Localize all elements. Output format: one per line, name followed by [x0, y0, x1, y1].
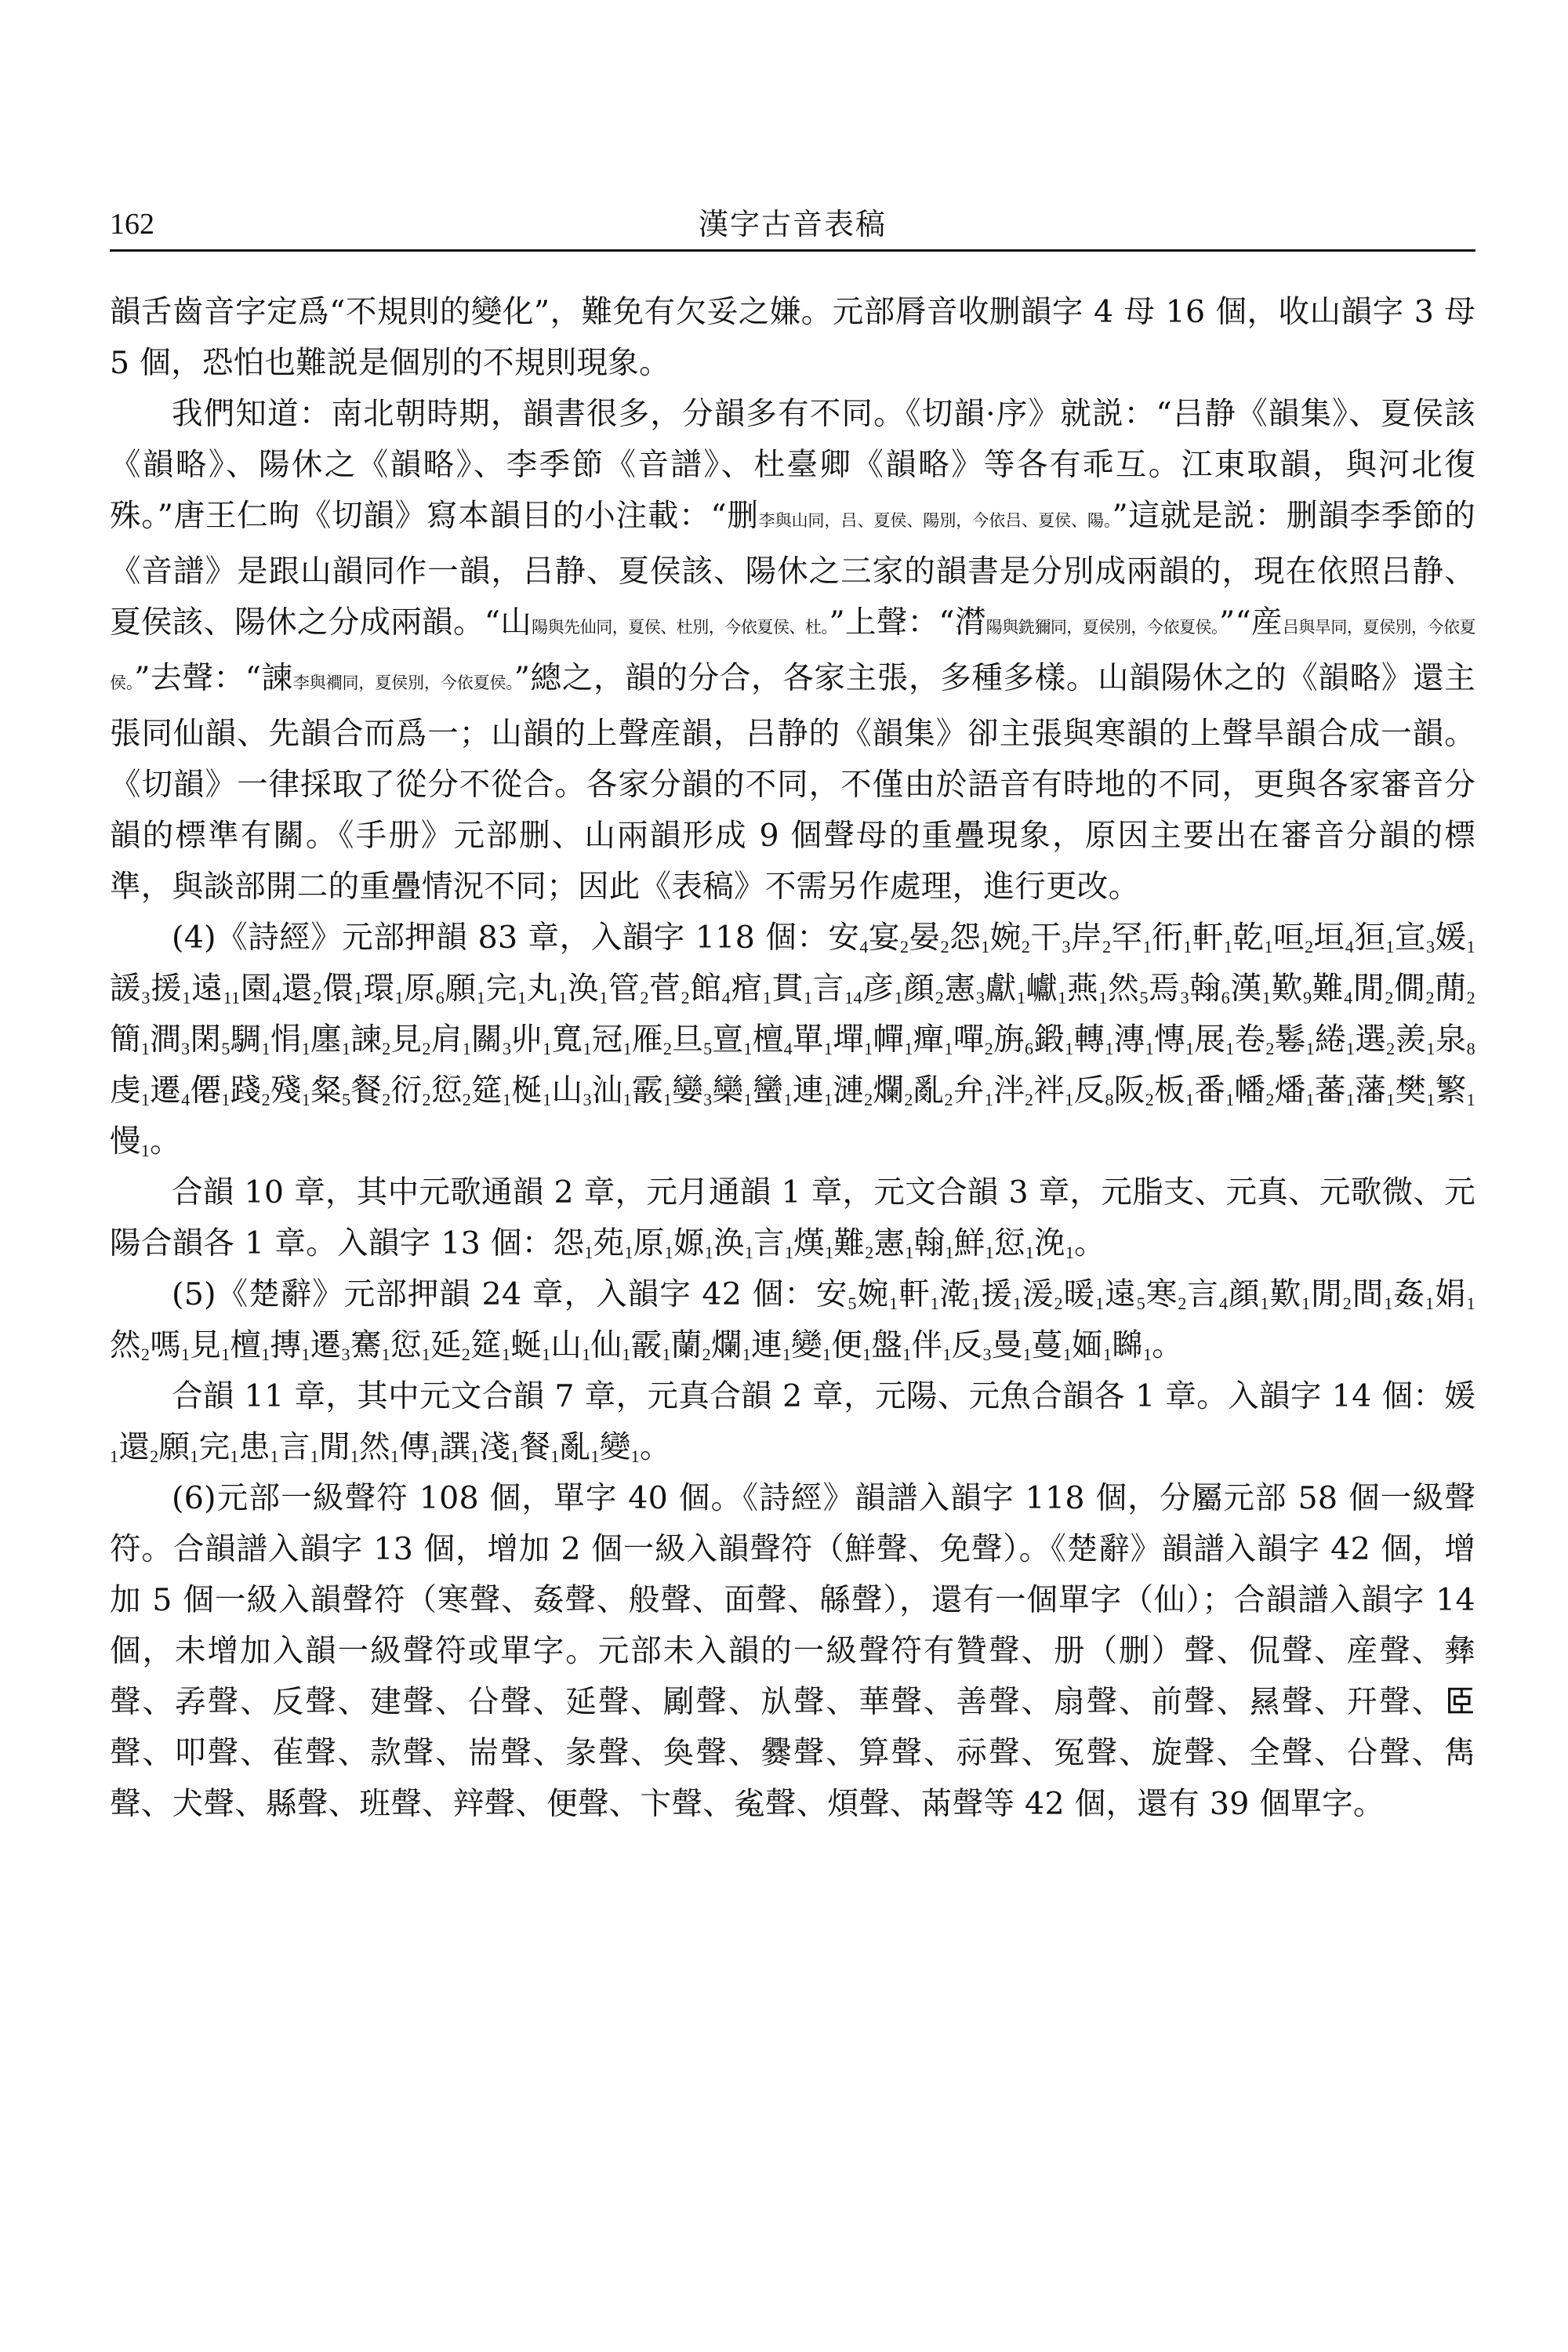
occurrence-count: 4 — [859, 937, 868, 956]
occurrence-count: 2 — [1265, 1090, 1274, 1109]
occurrence-count: 1 — [182, 988, 191, 1007]
occurrence-count: 1 — [1105, 1039, 1113, 1058]
inline-annotation: 陽與銑獮同，夏侯別，今依夏侯。 — [986, 618, 1219, 637]
paragraph: 韻舌齒音字定爲“不規則的變化”，難免有欠妥之嫌。元部脣音收删韻字 4 母 16 … — [110, 287, 1475, 389]
occurrence-count: 1 — [230, 1446, 238, 1466]
text-run: 嫄 — [673, 1225, 705, 1261]
text-run: 漢 — [1230, 971, 1262, 1007]
text-run: 變 — [791, 1327, 822, 1363]
text-run: 姦 — [1393, 1276, 1425, 1312]
text-run: 。 — [640, 1429, 671, 1465]
text-run: 怨 — [949, 920, 981, 956]
occurrence-count: 1 — [824, 1090, 833, 1109]
text-run: 憲 — [944, 971, 976, 1007]
text-run: 騆 — [230, 1022, 262, 1058]
text-run: 檀 — [230, 1327, 261, 1363]
occurrence-count: 3 — [976, 988, 985, 1007]
occurrence-count: 2 — [1343, 1294, 1352, 1313]
text-run: 宴 — [869, 920, 900, 956]
occurrence-count: 2 — [864, 1090, 873, 1109]
occurrence-count: 1 — [902, 1345, 911, 1364]
occurrence-count: 2 — [1145, 1090, 1154, 1109]
text-run: 幡 — [1235, 1073, 1266, 1109]
occurrence-count: 3 — [503, 1039, 511, 1058]
text-run: 漣 — [833, 1073, 864, 1109]
occurrence-count: 1 — [622, 1345, 630, 1364]
text-run: 綣 — [1315, 1022, 1346, 1058]
text-run: 梴 — [511, 1073, 543, 1109]
occurrence-count: 1 — [1225, 1039, 1234, 1058]
occurrence-count: 1 — [261, 1345, 270, 1364]
occurrence-count: 1 — [543, 1090, 551, 1109]
text-run: 轉 — [1074, 1022, 1105, 1058]
text-run: 踐 — [230, 1073, 262, 1109]
text-run: 咺 — [1273, 920, 1305, 956]
text-run: 宣 — [1395, 920, 1426, 956]
occurrence-count: 1 — [550, 1446, 559, 1466]
occurrence-count: 1 — [190, 1446, 198, 1466]
text-run: 譔 — [439, 1429, 470, 1465]
text-run: 憲 — [874, 1225, 906, 1261]
occurrence-count: 1 — [390, 1446, 399, 1466]
paragraph: 合韻 10 章，其中元歌通韻 2 章，元月通韻 1 章，元文合韻 3 章，元脂支… — [110, 1167, 1475, 1269]
occurrence-count: 1 — [1013, 1294, 1022, 1313]
occurrence-count: 1 — [1023, 1345, 1032, 1364]
text-run: 餐 — [350, 1073, 382, 1109]
occurrence-count: 4 — [784, 1039, 793, 1058]
text-run: 管 — [608, 971, 641, 1007]
occurrence-count: 3 — [141, 988, 150, 1007]
text-run: 矊 — [1112, 1327, 1143, 1363]
occurrence-count: 2 — [1025, 1090, 1033, 1109]
occurrence-count: 5 — [221, 1039, 230, 1058]
text-run: 浼 — [1034, 1225, 1065, 1261]
occurrence-count: 3 — [703, 1090, 712, 1109]
occurrence-count: 1 — [743, 1090, 752, 1109]
text-run: 湲 — [1022, 1276, 1054, 1312]
occurrence-count: 1 — [663, 1090, 672, 1109]
occurrence-count: 1 — [822, 1345, 831, 1364]
occurrence-count: 1 — [1095, 1294, 1104, 1313]
occurrence-count: 1 — [1467, 937, 1475, 956]
text-run: 寬 — [552, 1022, 583, 1058]
text-run: 願 — [445, 971, 477, 1007]
text-run: 亂 — [913, 1073, 945, 1109]
text-run: 垣 — [1313, 920, 1345, 956]
occurrence-count: 1 — [889, 1294, 898, 1313]
occurrence-count: 1 — [1384, 1294, 1392, 1313]
text-run: 漙 — [1114, 1022, 1145, 1058]
text-run: 顔 — [1228, 1276, 1260, 1312]
text-run: 選 — [1355, 1022, 1386, 1058]
occurrence-count: 2 — [1102, 937, 1111, 956]
occurrence-count: 3 — [1426, 937, 1435, 956]
occurrence-count: 1 — [430, 1446, 439, 1466]
text-run: 變 — [600, 1429, 631, 1465]
text-run: 菅 — [649, 971, 681, 1007]
occurrence-count: 2 — [150, 1446, 158, 1466]
occurrence-count: 5 — [703, 1039, 712, 1058]
text-run: (6)元部一級聲符 108 個，單字 40 個。《詩經》韻譜入韻字 118 個，… — [110, 1480, 1475, 1822]
occurrence-count: 6 — [1221, 988, 1230, 1007]
text-run: 韻舌齒音字定爲“不規則的變化”，難免有欠妥之嫌。元部脣音收删韻字 4 母 16 … — [110, 294, 1475, 381]
occurrence-count: 1 — [1261, 1294, 1269, 1313]
text-run: 。 — [1152, 1327, 1183, 1363]
occurrence-count: 3 — [1181, 988, 1189, 1007]
text-run: 愆 — [994, 1225, 1025, 1261]
text-run: 慢 — [110, 1123, 141, 1160]
occurrence-count: 1 — [503, 1090, 511, 1109]
text-run: 痯 — [731, 971, 763, 1007]
text-run: 盤 — [871, 1327, 902, 1363]
occurrence-count: 1 — [825, 1243, 833, 1262]
occurrence-count: 1 — [221, 1090, 230, 1109]
occurrence-count: 1 — [599, 988, 608, 1007]
text-run: 言 — [279, 1429, 310, 1465]
occurrence-count: 1 — [985, 1243, 994, 1262]
text-run: 簡 — [110, 1022, 141, 1058]
text-run: 延 — [430, 1327, 462, 1363]
occurrence-count: 1 — [763, 988, 771, 1007]
occurrence-count: 1 — [985, 1090, 993, 1109]
text-run: 淺 — [479, 1429, 510, 1465]
occurrence-count: 1 — [221, 1345, 230, 1364]
occurrence-count: 1 — [1265, 937, 1273, 956]
text-run: (4)《詩經》元部押韻 83 章，入韻字 118 個：安 — [172, 920, 859, 956]
text-run: 閒 — [1310, 1276, 1342, 1312]
occurrence-count: 1 — [422, 1345, 430, 1364]
text-run: 乾 — [1232, 920, 1264, 956]
occurrence-count: 1 — [971, 1294, 980, 1313]
text-run: ”總之，韻的分合，各家主張，多種多樣。山韻陽休之的《韻略》還主張同仙韻、先韻合而… — [110, 660, 1475, 905]
text-run: 嗎 — [150, 1327, 181, 1363]
occurrence-count: 1 — [1185, 1090, 1194, 1109]
occurrence-count: 1 — [110, 1446, 118, 1466]
occurrence-count: 1 — [743, 1039, 752, 1058]
text-run: 間 — [1352, 1276, 1384, 1312]
occurrence-count: 2 — [1467, 988, 1475, 1007]
text-run: 反 — [1074, 1073, 1105, 1109]
occurrence-count: 6 — [1025, 1039, 1033, 1058]
occurrence-count: 2 — [681, 988, 690, 1007]
text-run: 曼 — [992, 1327, 1023, 1363]
text-run: 合韻 11 章，其中元文合韻 7 章，元真合韻 2 章，元陽、元魚合韻各 1 章… — [172, 1378, 1475, 1414]
text-run: 獻 — [985, 971, 1017, 1007]
text-run: 肩 — [431, 1022, 463, 1058]
occurrence-count: 1 — [623, 1039, 632, 1058]
occurrence-count: 6 — [436, 988, 445, 1007]
text-run: 原 — [404, 971, 436, 1007]
text-run: 狟 — [1354, 920, 1385, 956]
text-run: 羨 — [1395, 1022, 1426, 1058]
occurrence-count: 1 — [584, 1243, 593, 1262]
text-run: 連 — [793, 1073, 824, 1109]
occurrence-count: 1 — [1063, 1345, 1072, 1364]
occurrence-count: 4 — [1219, 1294, 1228, 1313]
occurrence-count: 1 — [745, 1243, 753, 1262]
text-run: 。 — [150, 1123, 181, 1160]
occurrence-count: 1 — [181, 1345, 190, 1364]
text-run: 。 — [1074, 1225, 1105, 1261]
occurrence-count: 1 — [342, 1039, 350, 1058]
occurrence-count: 1 — [1426, 1039, 1435, 1058]
occurrence-count: 1 — [1098, 988, 1107, 1007]
occurrence-count: 1 — [782, 1345, 791, 1364]
occurrence-count: 1 — [904, 1039, 913, 1058]
running-title: 漢字古音表稿 — [110, 205, 1475, 243]
occurrence-count: 1 — [1065, 1090, 1073, 1109]
text-run: 爛 — [711, 1327, 742, 1363]
paragraph: (6)元部一級聲符 108 個，單字 40 個。《詩經》韻譜入韻字 118 個，… — [110, 1473, 1475, 1830]
text-run: 廛 — [310, 1022, 342, 1058]
occurrence-count: 1 — [141, 1039, 150, 1058]
occurrence-count: 8 — [1105, 1090, 1113, 1109]
text-run: 難 — [833, 1225, 865, 1261]
occurrence-count: 2 — [904, 1090, 913, 1109]
occurrence-count: 14 — [844, 988, 862, 1007]
occurrence-count: 1 — [262, 1039, 270, 1058]
paragraph: (5)《楚辭》元部押韻 24 章，入韻字 42 個：安5婉1軒1漧1援1湲2暖1… — [110, 1269, 1475, 1371]
occurrence-count: 1 — [477, 988, 485, 1007]
occurrence-count: 2 — [900, 937, 909, 956]
text-run: 涣 — [713, 1225, 745, 1261]
occurrence-count: 1 — [301, 1345, 310, 1364]
occurrence-count: 1 — [470, 1446, 479, 1466]
text-run: 孌 — [672, 1073, 703, 1109]
text-run: 幝 — [873, 1022, 904, 1058]
text-run: 原 — [633, 1225, 665, 1261]
text-run: 還 — [281, 971, 314, 1007]
occurrence-count: 2 — [702, 1345, 711, 1364]
text-run: 仙 — [591, 1327, 622, 1363]
text-run: 旦 — [672, 1022, 703, 1058]
occurrence-count: 1 — [1386, 1090, 1395, 1109]
occurrence-count: 1 — [665, 1243, 673, 1262]
occurrence-count: 2 — [462, 1345, 470, 1364]
occurrence-count: 1 — [942, 1345, 951, 1364]
text-run: 還 — [118, 1429, 150, 1465]
text-run: 衍 — [391, 1073, 423, 1109]
text-run: 閒 — [319, 1429, 350, 1465]
occurrence-count: 1 — [864, 1039, 873, 1058]
occurrence-count: 1 — [1425, 1294, 1434, 1313]
text-run: 彦 — [862, 971, 895, 1007]
text-run: 見 — [391, 1022, 423, 1058]
occurrence-count: 1 — [310, 1446, 319, 1466]
occurrence-count: 2 — [262, 1090, 270, 1109]
text-run: 苑 — [593, 1225, 625, 1261]
occurrence-count: 11 — [223, 988, 241, 1007]
occurrence-count: 1 — [1262, 988, 1271, 1007]
text-run: 丸 — [526, 971, 558, 1007]
text-run: 燕 — [1067, 971, 1099, 1007]
occurrence-count: 1 — [543, 1039, 551, 1058]
occurrence-count: 1 — [1346, 1090, 1355, 1109]
text-run: 閑 — [190, 1022, 221, 1058]
text-run: 諼 — [110, 971, 141, 1007]
text-run: 歎 — [1271, 971, 1303, 1007]
occurrence-count: 3 — [341, 1345, 350, 1364]
text-run: 筵 — [470, 1327, 502, 1363]
occurrence-count: 1 — [1306, 1039, 1315, 1058]
text-run: 粲 — [310, 1073, 342, 1109]
text-run: 亂 — [560, 1429, 591, 1465]
text-run: 言 — [1187, 1276, 1219, 1312]
occurrence-count: 1 — [1185, 1039, 1194, 1058]
text-run: 言 — [812, 971, 844, 1007]
text-run: 冠 — [592, 1022, 623, 1058]
occurrence-count: 5 — [342, 1090, 350, 1109]
text-run: 歎 — [1269, 1276, 1301, 1312]
header-divider — [110, 249, 1475, 252]
text-run: 遷 — [150, 1073, 181, 1109]
text-run: 餐 — [520, 1429, 551, 1465]
text-run: 丱 — [511, 1022, 543, 1058]
occurrence-count: 1 — [502, 1345, 510, 1364]
occurrence-count: 1 — [1103, 1345, 1112, 1364]
occurrence-count: 1 — [1017, 988, 1025, 1007]
occurrence-count: 1 — [981, 937, 989, 956]
occurrence-count: 1 — [302, 1039, 310, 1058]
text-run: 蕃 — [1315, 1073, 1346, 1109]
text-run: 便 — [831, 1327, 862, 1363]
occurrence-count: 2 — [382, 1039, 390, 1058]
text-run: 遠 — [191, 971, 223, 1007]
occurrence-count: 4 — [181, 1090, 190, 1109]
text-run: 環 — [363, 971, 395, 1007]
text-run: 欒 — [712, 1073, 743, 1109]
occurrence-count: 2 — [141, 1345, 150, 1364]
occurrence-count: 1 — [517, 988, 526, 1007]
occurrence-count: 2 — [1178, 1294, 1186, 1313]
text-run: 漧 — [939, 1276, 971, 1312]
text-run: 袢 — [1033, 1073, 1065, 1109]
text-run: 援 — [981, 1276, 1013, 1312]
occurrence-count: 1 — [1301, 1294, 1310, 1313]
text-run: 伴 — [912, 1327, 943, 1363]
text-run: 爛 — [873, 1073, 904, 1109]
occurrence-count: 1 — [624, 1243, 633, 1262]
text-run: 僊 — [190, 1073, 221, 1109]
text-run: 罕 — [1111, 920, 1142, 956]
text-run: 嘽 — [953, 1022, 985, 1058]
text-run: 遷 — [310, 1327, 342, 1363]
text-run: 泮 — [993, 1073, 1025, 1109]
occurrence-count: 1 — [1143, 937, 1152, 956]
paragraph: (4)《詩經》元部押韻 83 章，入韻字 118 個：安4宴2晏2怨1婉2干3岸… — [110, 913, 1475, 1167]
occurrence-count: 1 — [463, 1039, 471, 1058]
text-run: 慱 — [1154, 1022, 1185, 1058]
text-run: 摶 — [270, 1327, 302, 1363]
text-run: 傳 — [399, 1429, 430, 1465]
text-run: 軒 — [898, 1276, 930, 1312]
text-run: 弁 — [953, 1073, 985, 1109]
occurrence-count: 1 — [862, 1345, 871, 1364]
inline-annotation: 陽與先仙同，夏侯、杜別，今依夏侯、杜。 — [532, 618, 829, 637]
text-run: 霰 — [632, 1073, 663, 1109]
text-run: 騫 — [350, 1327, 382, 1363]
text-run: 墠 — [833, 1022, 864, 1058]
occurrence-count: 2 — [1305, 937, 1313, 956]
text-run: 燔 — [1275, 1073, 1306, 1109]
text-run: 連 — [751, 1327, 782, 1363]
text-run: 見 — [190, 1327, 221, 1363]
text-run: 愆 — [390, 1327, 422, 1363]
text-run: 繁 — [1436, 1073, 1467, 1109]
occurrence-count: 1 — [591, 1446, 600, 1466]
occurrence-count: 1 — [510, 1446, 519, 1466]
occurrence-count: 1 — [705, 1243, 713, 1262]
text-run: 泉 — [1436, 1022, 1467, 1058]
occurrence-count: 3 — [1062, 937, 1070, 956]
occurrence-count: 1 — [302, 1090, 310, 1109]
text-run: ”“産 — [1219, 604, 1283, 641]
occurrence-count: 1 — [742, 1345, 751, 1364]
text-run: 然 — [110, 1327, 141, 1363]
occurrence-count: 1 — [785, 1243, 793, 1262]
occurrence-count: 3 — [982, 1345, 991, 1364]
text-run: 檀 — [753, 1022, 784, 1058]
text-run: 患 — [239, 1429, 270, 1465]
occurrence-count: 5 — [848, 1294, 856, 1313]
text-run: 澗 — [150, 1022, 181, 1058]
occurrence-count: 1 — [582, 1345, 590, 1364]
text-run: 霰 — [631, 1327, 662, 1363]
occurrence-count: 1 — [1385, 937, 1394, 956]
occurrence-count: 1 — [631, 1446, 640, 1466]
text-run: 蔓 — [1032, 1327, 1063, 1363]
text-run: 板 — [1154, 1073, 1185, 1109]
occurrence-count: 2 — [1265, 1039, 1274, 1058]
text-run: 單 — [793, 1022, 824, 1058]
occurrence-count: 1 — [1143, 1345, 1152, 1364]
body-text: 韻舌齒音字定爲“不規則的變化”，難免有欠妥之嫌。元部脣音收删韻字 4 母 16 … — [110, 287, 1475, 1830]
occurrence-count: 2 — [382, 1090, 390, 1109]
text-run: 旃 — [993, 1022, 1025, 1058]
occurrence-count: 1 — [558, 988, 567, 1007]
occurrence-count: 2 — [463, 1090, 471, 1109]
text-run: 言 — [753, 1225, 785, 1261]
inline-annotation: 李與襇同，夏侯別，今依夏侯。 — [293, 673, 514, 692]
occurrence-count: 2 — [865, 1243, 873, 1262]
occurrence-count: 3 — [583, 1090, 591, 1109]
text-run: 鍛 — [1033, 1022, 1065, 1058]
occurrence-count: 2 — [985, 1039, 993, 1058]
text-run: 婉 — [857, 1276, 889, 1312]
text-run: 援 — [151, 971, 183, 1007]
occurrence-count: 2 — [935, 988, 944, 1007]
text-run: 鮮 — [954, 1225, 985, 1261]
text-run: 僩 — [1394, 971, 1426, 1007]
text-run: 干 — [1030, 920, 1062, 956]
occurrence-count: 2 — [1022, 937, 1030, 956]
occurrence-count: 8 — [1467, 1039, 1475, 1058]
text-run: 遠 — [1104, 1276, 1136, 1312]
text-run: 殘 — [270, 1073, 302, 1109]
occurrence-count: 1 — [895, 988, 903, 1007]
occurrence-count: 1 — [1025, 1243, 1034, 1262]
text-run: 完 — [199, 1429, 230, 1465]
text-run: 樊 — [1395, 1073, 1426, 1109]
occurrence-count: 2 — [640, 988, 648, 1007]
text-run: 顔 — [903, 971, 935, 1007]
text-run: 儇 — [322, 971, 354, 1007]
text-run: 卷 — [1235, 1022, 1266, 1058]
text-run: 蠻 — [753, 1073, 784, 1109]
occurrence-count: 1 — [623, 1090, 632, 1109]
occurrence-count: 1 — [1225, 1090, 1234, 1109]
text-run: 晏 — [909, 920, 940, 956]
